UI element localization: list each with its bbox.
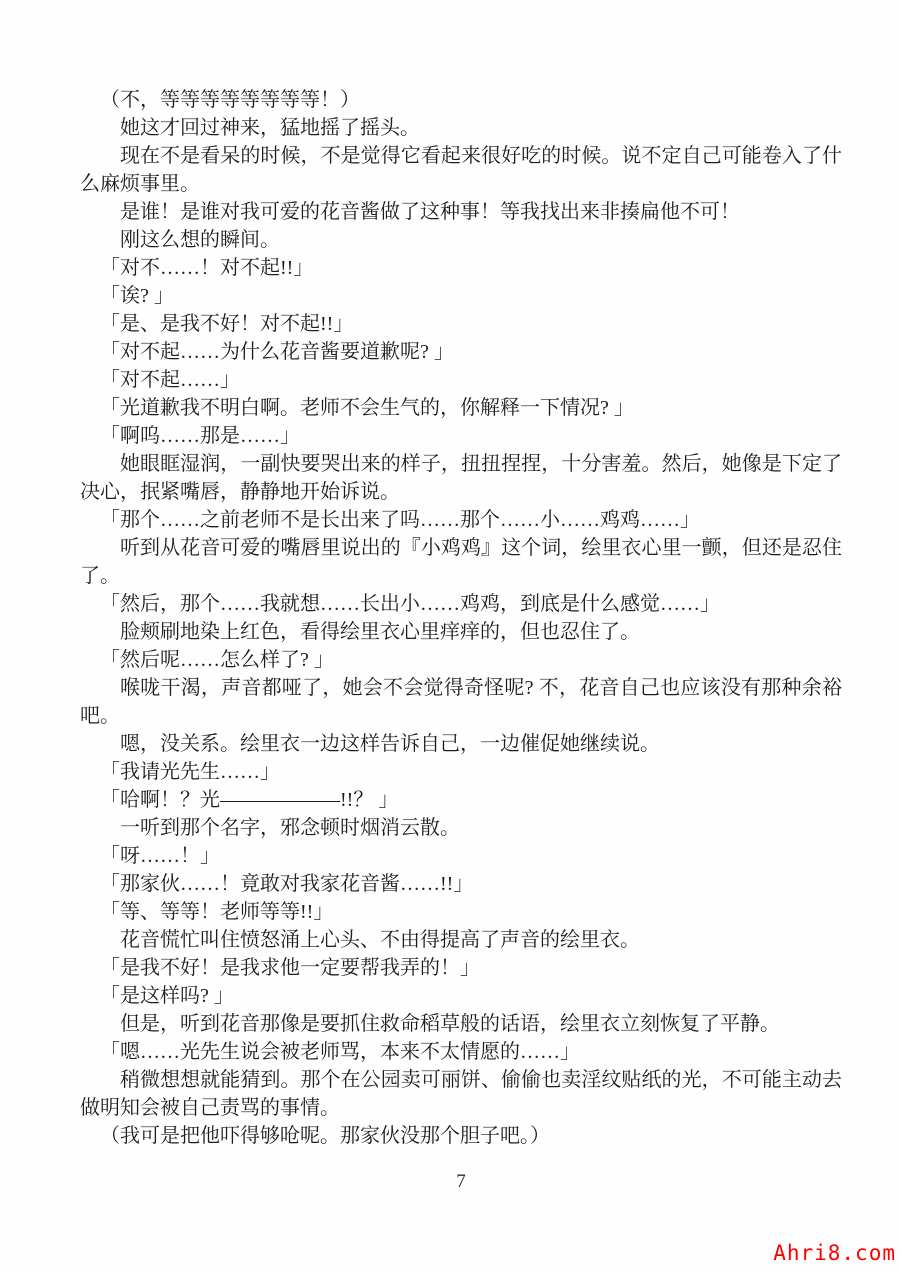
paragraph: 「呀……！」: [80, 842, 842, 870]
paragraph: 「那家伙……！竟敢对我家花音酱……!!」: [80, 870, 842, 898]
paragraph: （我可是把他吓得够呛呢。那家伙没那个胆子吧。）: [80, 1122, 842, 1150]
paragraph: 「是、是我不好！对不起!!」: [80, 310, 842, 338]
paragraph: 「是这样吗? 」: [80, 982, 842, 1010]
paragraph: 「是我不好！是我求他一定要帮我弄的！」: [80, 954, 842, 982]
paragraph: 花音慌忙叫住愤怒涌上心头、不由得提高了声音的绘里衣。: [80, 926, 842, 954]
paragraph: （不，等等等等等等等等！）: [80, 86, 842, 114]
paragraph: 「对不起……」: [80, 366, 842, 394]
paragraph: 「然后呢……怎么样了? 」: [80, 646, 842, 674]
paragraph: 「啊呜……那是……」: [80, 422, 842, 450]
page-text: （不，等等等等等等等等！） 她这才回过神来，猛地摇了摇头。 现在不是看呆的时候，…: [80, 86, 842, 1150]
paragraph: 喉咙干渴，声音都哑了，她会不会觉得奇怪呢? 不，花音自己也应该没有那种余裕吧。: [80, 674, 842, 730]
page-number: 7: [80, 1171, 842, 1193]
site-watermark: Ahri8.com: [773, 1241, 896, 1265]
paragraph: 脸颊刷地染上红色，看得绘里衣心里痒痒的，但也忍住了。: [80, 618, 842, 646]
paragraph: 现在不是看呆的时候，不是觉得它看起来很好吃的时候。说不定自己可能卷入了什么麻烦事…: [80, 142, 842, 198]
paragraph: 「对不起……为什么花音酱要道歉呢? 」: [80, 338, 842, 366]
paragraph: 「光道歉我不明白啊。老师不会生气的，你解释一下情况? 」: [80, 394, 842, 422]
paragraph: 但是，听到花音那像是要抓住救命稻草般的话语，绘里衣立刻恢复了平静。: [80, 1010, 842, 1038]
paragraph: 一听到那个名字，邪念顿时烟消云散。: [80, 814, 842, 842]
paragraph: 「等、等等！老师等等!!」: [80, 898, 842, 926]
paragraph: 刚这么想的瞬间。: [80, 226, 842, 254]
paragraph: 听到从花音可爱的嘴唇里说出的『小鸡鸡』这个词，绘里衣心里一颤，但还是忍住了。: [80, 534, 842, 590]
paragraph: 「哈啊！？光——————!!？ 」: [80, 786, 842, 814]
paragraph: 「嗯……光先生说会被老师骂，本来不太情愿的……」: [80, 1038, 842, 1066]
paragraph: 「我请光先生……」: [80, 758, 842, 786]
paragraph: 「对不……！对不起!!」: [80, 254, 842, 282]
paragraph: 「然后，那个……我就想……长出小……鸡鸡，到底是什么感觉……」: [80, 590, 842, 618]
paragraph: 她这才回过神来，猛地摇了摇头。: [80, 114, 842, 142]
paragraph: 嗯，没关系。绘里衣一边这样告诉自己，一边催促她继续说。: [80, 730, 842, 758]
paragraph: 「诶? 」: [80, 282, 842, 310]
scanned-novel-page: （不，等等等等等等等等！） 她这才回过神来，猛地摇了摇头。 现在不是看呆的时候，…: [0, 0, 900, 1271]
paragraph: 稍微想想就能猜到。那个在公园卖可丽饼、偷偷也卖淫纹贴纸的光，不可能主动去做明知会…: [80, 1066, 842, 1122]
paragraph: 「那个……之前老师不是长出来了吗……那个……小……鸡鸡……」: [80, 506, 842, 534]
paragraph: 她眼眶湿润，一副快要哭出来的样子，扭扭捏捏，十分害羞。然后，她像是下定了决心，抿…: [80, 450, 842, 506]
paragraph: 是谁！是谁对我可爱的花音酱做了这种事！等我找出来非揍扁他不可！: [80, 198, 842, 226]
